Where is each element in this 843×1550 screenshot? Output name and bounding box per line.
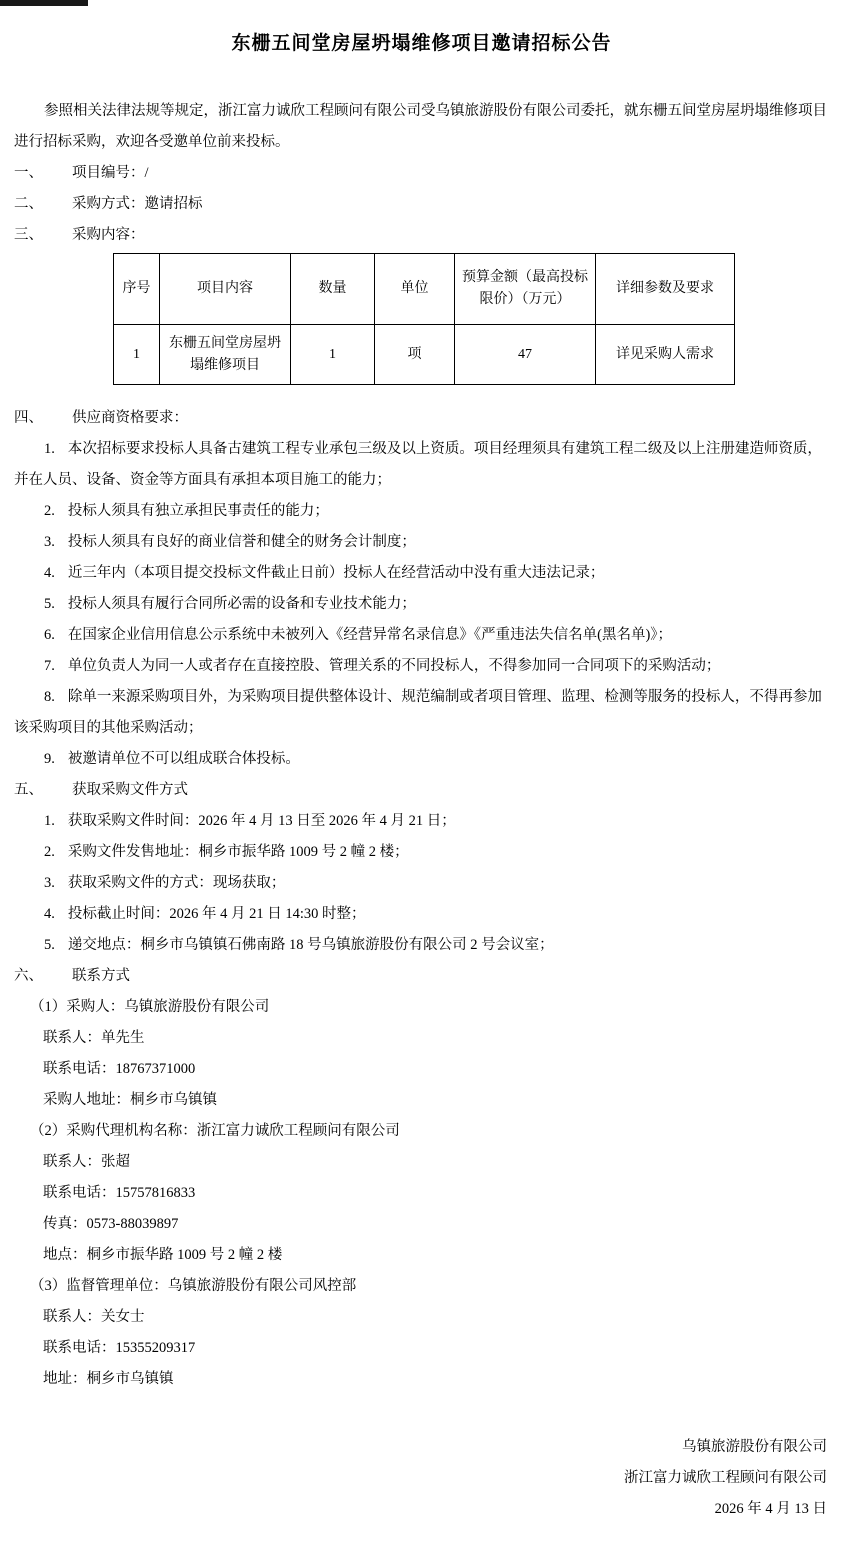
item-text: 获取采购文件的方式：现场获取；: [68, 875, 286, 891]
page-title: 东栅五间堂房屋坍塌维修项目邀请招标公告: [14, 30, 829, 58]
acquisition-item: 5.递交地点：桐乡市乌镇镇石佛南路 18 号乌镇旅游股份有限公司 2 号会议室；: [14, 930, 829, 961]
item-text: 近三年内（本项目提交投标文件截止日前）投标人在经营活动中没有重大违法记录；: [68, 565, 605, 581]
table-header-cell: 单位: [375, 254, 455, 325]
contact-group-supervisor: （3）监督管理单位：乌镇旅游股份有限公司风控部 联系人：关女士 联系电话：153…: [14, 1271, 829, 1395]
document-content: 东栅五间堂房屋坍塌维修项目邀请招标公告 参照相关法律法规等规定，浙江富力诚欣工程…: [0, 30, 843, 1395]
item-text: 获取采购文件时间：2026 年 4 月 13 日至 2026 年 4 月 21 …: [68, 813, 456, 829]
contact-group-header: （1）采购人：乌镇旅游股份有限公司: [14, 992, 829, 1023]
item-text: 采购文件发售地址：桐乡市振华路 1009 号 2 幢 2 楼；: [68, 844, 409, 860]
section-heading: 五、获取采购文件方式: [14, 775, 829, 806]
contact-group-purchaser: （1）采购人：乌镇旅游股份有限公司 联系人：单先生 联系电话：187673710…: [14, 992, 829, 1116]
contact-address: 采购人地址：桐乡市乌镇镇: [14, 1085, 829, 1116]
signature-company-agency: 浙江富力诚欣工程顾问有限公司: [624, 1463, 827, 1494]
table-cell-unit: 项: [375, 325, 455, 385]
table-header-cell: 项目内容: [160, 254, 291, 325]
acquisition-item: 1.获取采购文件时间：2026 年 4 月 13 日至 2026 年 4 月 2…: [14, 806, 829, 837]
qualification-item: 7.单位负责人为同一人或者存在直接控股、管理关系的不同投标人，不得参加同一合同项…: [14, 651, 829, 682]
section-6-contact-info: 六、联系方式 （1）采购人：乌镇旅游股份有限公司 联系人：单先生 联系电话：18…: [14, 961, 829, 1395]
acquisition-item: 2.采购文件发售地址：桐乡市振华路 1009 号 2 幢 2 楼；: [14, 837, 829, 868]
section-3-procurement-content: 三、采购内容：: [14, 220, 829, 251]
section-label: 采购方式：邀请招标: [72, 196, 203, 212]
qualification-item: 6.在国家企业信用信息公示系统中未被列入《经营异常名录信息》《严重违法失信名单(…: [14, 620, 829, 651]
section-number: 二、: [14, 189, 72, 220]
section-heading: 六、联系方式: [14, 961, 829, 992]
qualification-item: 4.近三年内（本项目提交投标文件截止日前）投标人在经营活动中没有重大违法记录；: [14, 558, 829, 589]
section-number: 五、: [14, 775, 72, 806]
contact-phone: 联系电话：15355209317: [14, 1333, 829, 1364]
item-number: 1.: [44, 813, 55, 829]
item-number: 4.: [44, 906, 55, 922]
section-label: 获取采购文件方式: [72, 782, 188, 798]
table-header-cell: 数量: [291, 254, 375, 325]
item-number: 2.: [44, 503, 55, 519]
section-label: 供应商资格要求：: [72, 410, 188, 426]
section-5-document-acquisition: 五、获取采购文件方式 1.获取采购文件时间：2026 年 4 月 13 日至 2…: [14, 775, 829, 961]
section-label: 项目编号：/: [72, 165, 149, 181]
contact-phone: 联系电话：18767371000: [14, 1054, 829, 1085]
table-header-row: 序号 项目内容 数量 单位 预算金额（最高投标限价）（万元） 详细参数及要求: [114, 254, 735, 325]
section-1-project-number: 一、项目编号：/: [14, 158, 829, 189]
table-cell-requirements: 详见采购人需求: [596, 325, 735, 385]
qualification-item: 2.投标人须具有独立承担民事责任的能力；: [14, 496, 829, 527]
item-text: 在国家企业信用信息公示系统中未被列入《经营异常名录信息》《严重违法失信名单(黑名…: [68, 627, 672, 643]
acquisition-item: 3.获取采购文件的方式：现场获取；: [14, 868, 829, 899]
item-number: 1.: [44, 441, 55, 457]
section-number: 一、: [14, 158, 72, 189]
contact-phone: 联系电话：15757816833: [14, 1178, 829, 1209]
item-number: 8.: [44, 689, 55, 705]
procurement-table: 序号 项目内容 数量 单位 预算金额（最高投标限价）（万元） 详细参数及要求 1…: [113, 253, 735, 385]
item-text: 投标人须具有良好的商业信誉和健全的财务会计制度；: [68, 534, 416, 550]
item-number: 9.: [44, 751, 55, 767]
section-number: 三、: [14, 220, 72, 251]
item-text: 被邀请单位不可以组成联合体投标。: [68, 751, 300, 767]
section-label: 联系方式: [72, 968, 130, 984]
qualification-item: 5.投标人须具有履行合同所必需的设备和专业技术能力；: [14, 589, 829, 620]
contact-fax: 传真：0573-88039897: [14, 1209, 829, 1240]
table-header-cell: 序号: [114, 254, 160, 325]
table-cell-seq: 1: [114, 325, 160, 385]
contact-address: 地点：桐乡市振华路 1009 号 2 幢 2 楼: [14, 1240, 829, 1271]
item-number: 3.: [44, 875, 55, 891]
table-cell-budget: 47: [455, 325, 596, 385]
item-text: 投标截止时间：2026 年 4 月 21 日 14:30 时整；: [68, 906, 366, 922]
acquisition-item: 4.投标截止时间：2026 年 4 月 21 日 14:30 时整；: [14, 899, 829, 930]
item-number: 5.: [44, 596, 55, 612]
section-number: 六、: [14, 961, 72, 992]
document-page: 东栅五间堂房屋坍塌维修项目邀请招标公告 参照相关法律法规等规定，浙江富力诚欣工程…: [0, 0, 843, 1550]
item-number: 4.: [44, 565, 55, 581]
item-number: 7.: [44, 658, 55, 674]
item-text: 除单一来源采购项目外，为采购项目提供整体设计、规范编制或者项目管理、监理、检测等…: [14, 689, 822, 736]
contact-group-header: （2）采购代理机构名称：浙江富力诚欣工程顾问有限公司: [14, 1116, 829, 1147]
item-text: 单位负责人为同一人或者存在直接控股、管理关系的不同投标人，不得参加同一合同项下的…: [68, 658, 721, 674]
table-row: 1 东栅五间堂房屋坍塌维修项目 1 项 47 详见采购人需求: [114, 325, 735, 385]
table-cell-project: 东栅五间堂房屋坍塌维修项目: [160, 325, 291, 385]
qualification-item: 9.被邀请单位不可以组成联合体投标。: [14, 744, 829, 775]
item-text: 本次招标要求投标人具备古建筑工程专业承包三级及以上资质。项目经理须具有建筑工程二…: [14, 441, 822, 488]
section-heading: 四、供应商资格要求：: [14, 403, 829, 434]
item-text: 递交地点：桐乡市乌镇镇石佛南路 18 号乌镇旅游股份有限公司 2 号会议室；: [68, 937, 554, 953]
section-number: 四、: [14, 403, 72, 434]
contact-address: 地址：桐乡市乌镇镇: [14, 1364, 829, 1395]
contact-group-agency: （2）采购代理机构名称：浙江富力诚欣工程顾问有限公司 联系人：张超 联系电话：1…: [14, 1116, 829, 1271]
section-2-procurement-method: 二、采购方式：邀请招标: [14, 189, 829, 220]
signature-block: 乌镇旅游股份有限公司 浙江富力诚欣工程顾问有限公司 2026 年 4 月 13 …: [624, 1432, 827, 1525]
procurement-table-wrapper: 序号 项目内容 数量 单位 预算金额（最高投标限价）（万元） 详细参数及要求 1…: [113, 253, 829, 385]
contact-person: 联系人：单先生: [14, 1023, 829, 1054]
contact-person: 联系人：张超: [14, 1147, 829, 1178]
top-left-artifact-bar: [0, 0, 88, 6]
item-number: 3.: [44, 534, 55, 550]
table-cell-quantity: 1: [291, 325, 375, 385]
qualification-item: 1.本次招标要求投标人具备古建筑工程专业承包三级及以上资质。项目经理须具有建筑工…: [14, 434, 829, 496]
contact-group-header: （3）监督管理单位：乌镇旅游股份有限公司风控部: [14, 1271, 829, 1302]
signature-company-purchaser: 乌镇旅游股份有限公司: [624, 1432, 827, 1463]
intro-paragraph: 参照相关法律法规等规定，浙江富力诚欣工程顾问有限公司受乌镇旅游股份有限公司委托，…: [14, 96, 829, 158]
section-label: 采购内容：: [72, 227, 145, 243]
item-text: 投标人须具有履行合同所必需的设备和专业技术能力；: [68, 596, 416, 612]
contact-person: 联系人：关女士: [14, 1302, 829, 1333]
signature-date: 2026 年 4 月 13 日: [624, 1494, 827, 1525]
qualification-item: 3.投标人须具有良好的商业信誉和健全的财务会计制度；: [14, 527, 829, 558]
table-header-cell: 详细参数及要求: [596, 254, 735, 325]
item-number: 5.: [44, 937, 55, 953]
item-number: 2.: [44, 844, 55, 860]
item-number: 6.: [44, 627, 55, 643]
qualification-item: 8.除单一来源采购项目外，为采购项目提供整体设计、规范编制或者项目管理、监理、检…: [14, 682, 829, 744]
table-header-cell: 预算金额（最高投标限价）（万元）: [455, 254, 596, 325]
section-4-supplier-qualifications: 四、供应商资格要求： 1.本次招标要求投标人具备古建筑工程专业承包三级及以上资质…: [14, 403, 829, 775]
item-text: 投标人须具有独立承担民事责任的能力；: [68, 503, 329, 519]
